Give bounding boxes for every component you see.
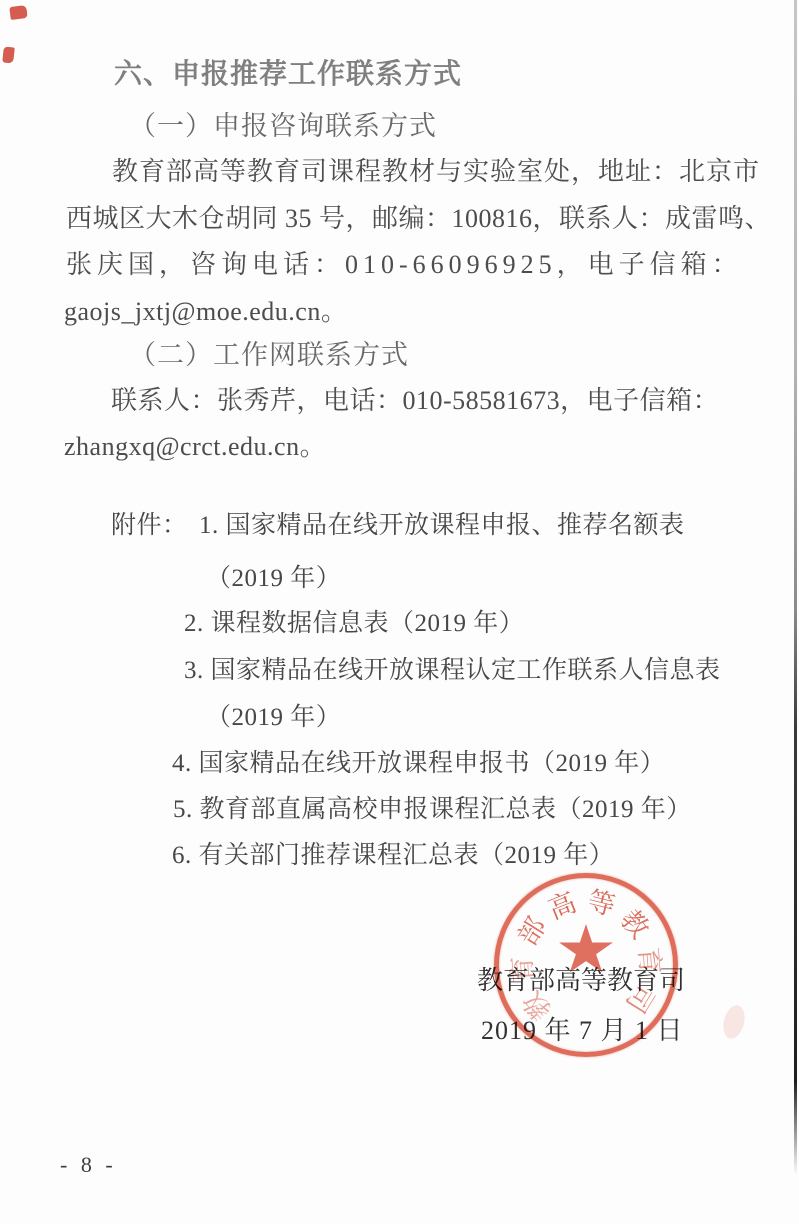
- red-corner-mark-bottom: [2, 46, 15, 63]
- seal-ring-char: 部: [506, 908, 553, 952]
- seal-ring-char: 教: [613, 900, 660, 946]
- paragraph-line: 张庆国，咨询电话：010-66096925，电子信箱：: [66, 244, 743, 281]
- signature-date: 2019 年 7 月 1 日: [481, 1010, 684, 1047]
- subsection2-heading: （二）工作网联系方式: [129, 333, 409, 372]
- paragraph-line: 西城区大木仓胡同 35 号，邮编：100816，联系人：成雷鸣、: [66, 198, 771, 235]
- subsection1-heading: （一）申报咨询联系方式: [129, 104, 437, 143]
- attachment-item: 3. 国家精品在线开放课程认定工作联系人信息表: [184, 650, 721, 686]
- paragraph-line: 联系人：张秀芹，电话：010-58581673，电子信箱：: [111, 380, 719, 417]
- page-number: - 8 -: [60, 1152, 117, 1178]
- email-address: gaojs_jxtj@moe.edu.cn。: [64, 291, 347, 328]
- attachment-item: 6. 有关部门推荐课程汇总表（2019 年）: [172, 835, 614, 871]
- paragraph-line: 教育部高等教育司课程教材与实验室处，地址：北京市: [112, 151, 760, 188]
- attachment-item: 1. 国家精品在线开放课程申报、推荐名额表: [199, 505, 685, 541]
- attachments-label: 附件：: [111, 505, 188, 541]
- signature-organization: 教育部高等教育司: [477, 960, 685, 997]
- attachment-item: 4. 国家精品在线开放课程申报书（2019 年）: [172, 743, 665, 779]
- attachment-item: 2. 课程数据信息表（2019 年）: [184, 603, 524, 639]
- email-address: zhangxq@crct.edu.cn。: [64, 426, 326, 463]
- attachment-item-wrap: （2019 年）: [206, 697, 341, 733]
- red-corner-mark-top: [9, 5, 27, 20]
- scanned-document-page: { "page": { "page_number": "- 8 -" }, "c…: [0, 0, 799, 1224]
- scan-edge-line: [794, 0, 797, 1175]
- seal-ring-char: 高: [541, 881, 581, 927]
- section-heading: 六、申报推荐工作联系方式: [114, 52, 462, 92]
- attachment-item-wrap: （2019 年）: [206, 558, 341, 594]
- ink-smudge: [720, 1003, 748, 1041]
- seal-ring-char: 等: [584, 879, 620, 923]
- attachment-item: 5. 教育部直属高校申报课程汇总表（2019 年）: [173, 789, 692, 825]
